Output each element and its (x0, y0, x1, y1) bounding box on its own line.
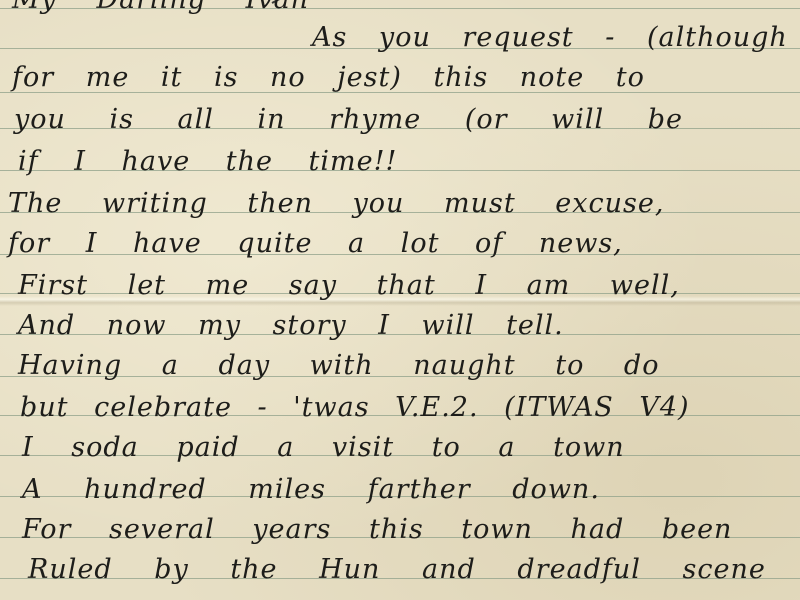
salutation: My Darling Ivan (12, 0, 309, 15)
letter-line-13: For several years this town had been (22, 514, 732, 545)
letter-line-12: A hundred miles farther down. (22, 474, 600, 505)
letter-line-2: for me it is no jest) this note to (12, 62, 645, 93)
letter-line-9: Having a day with naught to do (18, 350, 659, 381)
letter-line-4: if I have the time!! (18, 146, 397, 177)
letter-line-8: And now my story I will tell. (18, 310, 564, 341)
letter-line-14: Ruled by the Hun and dreadful scene (28, 554, 766, 585)
letter-line-6: for I have quite a lot of news, (8, 228, 623, 259)
letter-line-1: As you request - (although (312, 22, 788, 53)
letter-line-11: I soda paid a visit to a town (22, 432, 625, 463)
letter-line-3: you is all in rhyme (or will be (14, 104, 683, 135)
letter-line-7: First let me say that I am well, (18, 270, 680, 301)
letter-line-5: The writing then you must excuse, (8, 188, 664, 219)
letter-line-10: but celebrate - 'twas V.E.2. (ITWAS V4) (20, 392, 690, 423)
